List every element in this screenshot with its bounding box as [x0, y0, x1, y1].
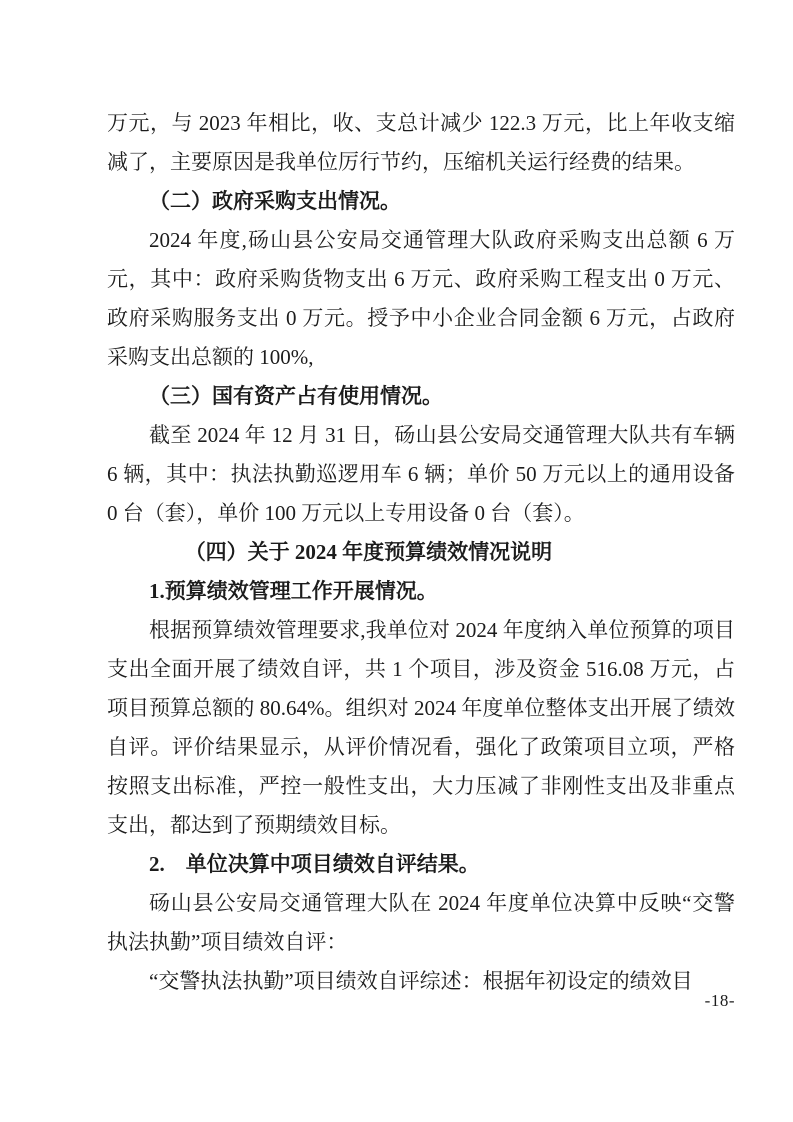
paragraph-state-assets-details: 截至 2024 年 12 月 31 日，砀山县公安局交通管理大队共有车辆 6 辆… — [107, 416, 735, 533]
heading-section-3-state-assets: （三）国有资产占有使用情况。 — [107, 377, 735, 416]
paragraph-budget-comparison: 万元，与 2023 年相比，收、支总计减少 122.3 万元，比上年收支缩减了，… — [107, 104, 735, 182]
heading-section-4-budget-performance: （四）关于 2024 年度预算绩效情况说明 — [107, 533, 735, 572]
paragraph-performance-self-evaluation: 根据预算绩效管理要求,我单位对 2024 年度纳入单位预算的项目支出全面开展了绩… — [107, 611, 735, 845]
paragraph-project-performance-intro: 砀山县公安局交通管理大队在 2024 年度单位决算中反映“交警执法执勤”项目绩效… — [107, 884, 735, 962]
page-number: -18- — [705, 991, 735, 1011]
heading-sub-2-project-performance-results: 2. 单位决算中项目绩效自评结果。 — [107, 845, 735, 884]
document-body: 万元，与 2023 年相比，收、支总计减少 122.3 万元，比上年收支缩减了，… — [107, 104, 735, 1001]
heading-sub-1-performance-management: 1.预算绩效管理工作开展情况。 — [107, 572, 735, 611]
paragraph-gov-procurement-details: 2024 年度,砀山县公安局交通管理大队政府采购支出总额 6 万元，其中：政府采… — [107, 221, 735, 377]
document-page: 万元，与 2023 年相比，收、支总计减少 122.3 万元，比上年收支缩减了，… — [0, 0, 793, 1122]
heading-section-2-gov-procurement: （二）政府采购支出情况。 — [107, 182, 735, 221]
paragraph-project-performance-summary: “交警执法执勤”项目绩效自评综述：根据年初设定的绩效目 — [107, 962, 735, 1001]
